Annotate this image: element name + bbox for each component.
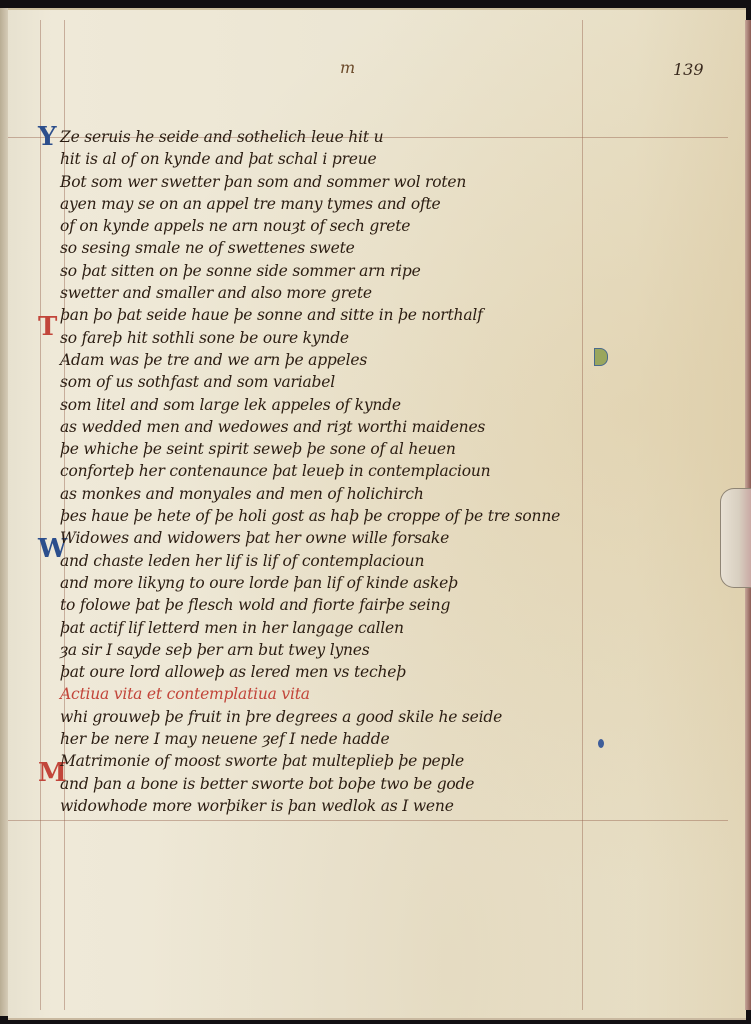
text-line: to folowe þat þe flesch wold and fiorte … [60,594,700,616]
text-line: som of us sothfast and som variabel [60,371,700,393]
rubric-line: Actiua vita et contemplatiua vita [60,683,700,705]
text-line: and þan a bone is better sworte bot boþe… [60,773,700,795]
text-line: whi grouweþ þe fruit in þre degrees a go… [60,706,700,728]
text-line: as monkes and monyales and men of holich… [60,483,700,505]
text-line: Widowes and widowers þat her owne wille … [60,527,700,549]
text-line: þe whiche þe seint spirit seweþ þe sone … [60,438,700,460]
manuscript-text-block: Ze seruis he seide and sothelich leue hi… [60,126,700,817]
text-line: ayen may se on an appel tre many tymes a… [60,193,700,215]
text-line: þan þo þat seide haue þe sonne and sitte… [60,304,700,326]
text-line: so þat sitten on þe sonne side sommer ar… [60,260,700,282]
text-line: þat actif lif letterd men in her langage… [60,617,700,639]
quire-mark: m [340,58,355,77]
text-line: so fareþ hit sothli sone be oure kynde [60,327,700,349]
text-line: her be nere I may neuene ȝef I nede hadd… [60,728,700,750]
page-tab-clasp [720,488,751,588]
text-line: ȝa sir I sayde seþ þer arn but twey lyne… [60,639,700,661]
initial-red-1: T [38,312,57,342]
folio-number: 139 [673,60,704,79]
text-line: and chaste leden her lif is lif of conte… [60,550,700,572]
text-line: widowhode more worþiker is þan wedlok as… [60,795,700,817]
text-line: of on kynde appels ne arn nouȝt of sech … [60,215,700,237]
text-line: so sesing smale ne of swettenes swete [60,237,700,259]
text-line: Bot som wer swetter þan som and sommer w… [60,171,700,193]
text-line: þes haue þe hete of þe holi gost as haþ … [60,505,700,527]
text-line: Adam was þe tre and we arn þe appeles [60,349,700,371]
initial-blue-1: Y [38,122,57,152]
text-line: and more likyng to oure lorde þan lif of… [60,572,700,594]
text-line: swetter and smaller and also more grete [60,282,700,304]
text-line: Ze seruis he seide and sothelich leue hi… [60,126,700,148]
text-line: as wedded men and wedowes and riȝt worth… [60,416,700,438]
text-line: þat oure lord alloweþ as lered men vs te… [60,661,700,683]
ruling-bottom [8,820,728,821]
margin-rule-left [40,20,41,1010]
text-line: conforteþ her contenaunce þat leueþ in c… [60,460,700,482]
text-line: hit is al of on kynde and þat schal i pr… [60,148,700,170]
text-line: som litel and som large lek appeles of k… [60,394,700,416]
text-line: Matrimonie of moost sworte þat multeplie… [60,750,700,772]
